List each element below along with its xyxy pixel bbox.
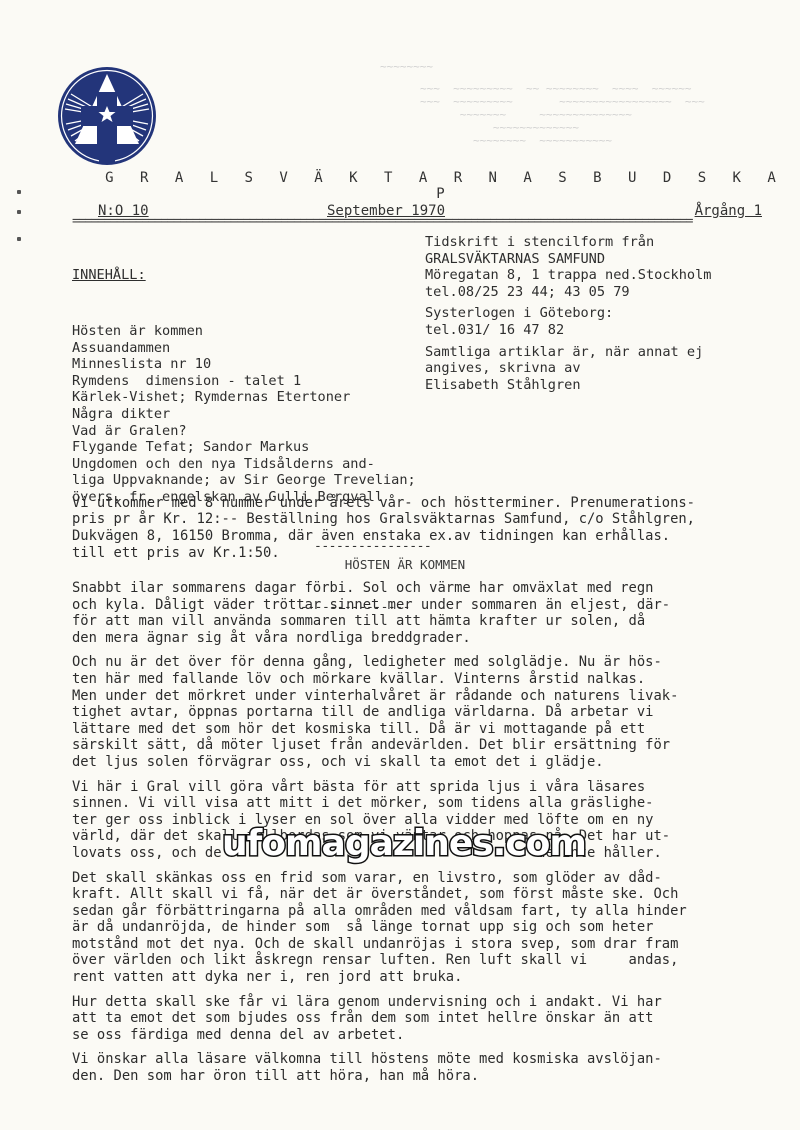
article-line: den. Den som har öron till att höra, han… <box>72 1068 782 1085</box>
contents-item: Minneslista nr 10 <box>72 356 431 373</box>
margin-mark <box>17 237 21 241</box>
article-line: och kyla. Dåligt väder tröttar sinnet me… <box>72 597 782 614</box>
publisher-info-line: tel.031/ 16 47 82 <box>425 322 711 339</box>
grail-star-cross-emblem-icon <box>57 66 157 166</box>
article-line: se oss färdiga med denna del av arbetet. <box>72 1027 782 1044</box>
subscription-line: pris pr år Kr. 12:-- Beställning hos Gra… <box>72 511 772 528</box>
contents-item: Rymdens dimension - talet 1 <box>72 373 431 390</box>
contents-item: Hösten är kommen <box>72 323 431 340</box>
publisher-info-block: Tidskrift i stencilform frånGRALSVÄKTARN… <box>425 234 711 300</box>
publisher-info-block: Samtliga artiklar är, när annat ejangive… <box>425 344 711 394</box>
publisher-info-line: GRALSVÄKTARNAS SAMFUND <box>425 251 711 268</box>
article-title: HÖSTEN ÄR KOMMEN <box>0 557 800 572</box>
site-watermark: ufomagazines.com <box>222 823 586 864</box>
double-rule-divider: ========================================… <box>72 214 762 229</box>
publisher-info-block: Systerlogen i Göteborg:tel.031/ 16 47 82 <box>425 305 711 338</box>
article-paragraph: Hur detta skall ske får vi lära genom un… <box>72 994 782 1044</box>
contents-item: Några dikter <box>72 406 431 423</box>
contents-item: Flygande Tefat; Sandor Markus <box>72 439 431 456</box>
article-line: motstånd mot det nya. Och de skall undan… <box>72 936 782 953</box>
article-line: ten här med fallande löv och mörkare kvä… <box>72 671 782 688</box>
contents-item: Assuandammen <box>72 340 431 357</box>
article-line: Vi här i Gral vill göra vårt bästa för a… <box>72 779 782 796</box>
article-line: lättare med det som hör det kosmiska til… <box>72 721 782 738</box>
publisher-info-line: angives, skrivna av <box>425 360 711 377</box>
article-paragraph: Vi önskar alla läsare välkomna till höst… <box>72 1051 782 1084</box>
contents-item: Kärlek-Vishet; Rymdernas Etertoner <box>72 389 431 406</box>
article-paragraph: Och nu är det över för denna gång, ledig… <box>72 654 782 770</box>
publisher-info-line: Samtliga artiklar är, när annat ej <box>425 344 711 361</box>
article-line: rent vatten att dyka ner i, ren jord att… <box>72 969 782 986</box>
article-line: Vi önskar alla läsare välkomna till höst… <box>72 1051 782 1068</box>
article-line: för att man vill använda sommaren till a… <box>72 613 782 630</box>
publisher-info: Tidskrift i stencilform frånGRALSVÄKTARN… <box>425 234 711 398</box>
article-line: kraft. Allt skall vi få, när det är över… <box>72 886 782 903</box>
article-line: det ljus solen förvägrar oss, och vi ska… <box>72 754 782 771</box>
publisher-info-line: tel.08/25 23 44; 43 05 79 <box>425 284 711 301</box>
subscription-line: Vi utkommer med 8 nummer under årets vår… <box>72 495 772 512</box>
margin-mark <box>17 210 21 214</box>
article-line: sinnen. Vi vill visa att mitt i det mörk… <box>72 795 782 812</box>
article-line: över världen och likt åskregn rensar luf… <box>72 952 782 969</box>
article-line: Hur detta skall ske får vi lära genom un… <box>72 994 782 1011</box>
article-line: den mera ägnar sig åt våra nordliga bred… <box>72 630 782 647</box>
article-line: sedan går förbättringarna på alla område… <box>72 903 782 920</box>
article-line: att ta emot det som bjudes oss från dem … <box>72 1010 782 1027</box>
subscription-text: Vi utkommer med 8 nummer under årets vår… <box>72 495 772 562</box>
publisher-info-line: Systerlogen i Göteborg: <box>425 305 711 322</box>
contents-item: Vad är Gralen? <box>72 423 431 440</box>
contents-heading: INNEHÅLL: <box>72 267 431 284</box>
article-line: Snabbt ilar sommarens dagar förbi. Sol o… <box>72 580 782 597</box>
publisher-info-line: Elisabeth Ståhlgren <box>425 377 711 394</box>
publisher-info-line: Tidskrift i stencilform från <box>425 234 711 251</box>
bleed-through-text: ~~~~~~~~ <box>380 60 433 73</box>
article-line: Men under det mörkret under vinterhalvår… <box>72 688 782 705</box>
article-paragraph: Det skall skänkas oss en frid som varar,… <box>72 870 782 986</box>
publisher-info-line: Möregatan 8, 1 trappa ned.Stockholm <box>425 267 711 284</box>
article-line: är då undanröjda, de hinder som så länge… <box>72 919 782 936</box>
grail-emblem-logo <box>57 66 157 166</box>
article-line: Det skall skänkas oss en frid som varar,… <box>72 870 782 887</box>
subscription-line: Dukvägen 8, 16150 Bromma, där även ensta… <box>72 528 772 545</box>
article-line: särskilt sätt, då möter ljuset från ande… <box>72 737 782 754</box>
article-paragraph: Snabbt ilar sommarens dagar förbi. Sol o… <box>72 580 782 646</box>
article-line: tighet avtar, öppnas portarna till de an… <box>72 704 782 721</box>
bleed-through-text: ~~~ ~~~~~~~~~ ~~ ~~~~~~~~ ~~~~ ~~~~~~ ~~… <box>420 82 705 147</box>
article-line: Och nu är det över för denna gång, ledig… <box>72 654 782 671</box>
publication-title: G R A L S V Ä K T A R N A S B U D S K A … <box>0 170 800 202</box>
